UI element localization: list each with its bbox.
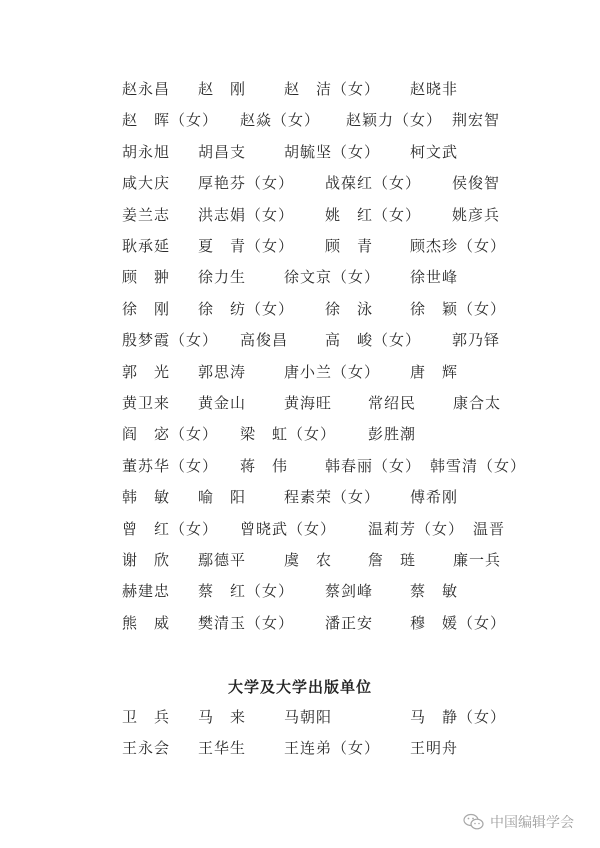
name-entry: 唐 辉 (410, 362, 458, 382)
name-entry: 徐 刚 (122, 299, 170, 319)
section-heading: 大学及大学出版单位 (0, 676, 600, 697)
name-entry: 阎 宓（女） (122, 424, 218, 444)
name-entry: 马朝阳 (284, 707, 332, 727)
name-entry: 鄢德平 (198, 550, 246, 570)
name-entry: 廉一兵 (453, 550, 501, 570)
name-entry: 胡毓坚（女） (284, 142, 380, 162)
name-entry: 詹 琏 (368, 550, 416, 570)
name-entry: 蔡 敏 (410, 581, 458, 601)
name-entry: 温晋 (473, 519, 505, 539)
name-entry: 赫建忠 (122, 581, 170, 601)
name-entry: 曾 红（女） (122, 519, 218, 539)
name-entry: 常绍民 (368, 393, 416, 413)
name-entry: 王永会 (122, 738, 170, 758)
name-entry: 殷梦霞（女） (122, 330, 218, 350)
name-entry: 徐力生 (198, 267, 246, 287)
name-entry: 郭 光 (122, 362, 170, 382)
name-entry: 温莉芳（女） (368, 519, 464, 539)
name-entry: 赵晓非 (410, 79, 458, 99)
name-entry: 胡永旭 (122, 142, 170, 162)
name-entry: 蔡 红（女） (198, 581, 294, 601)
name-entry: 唐小兰（女） (284, 362, 380, 382)
name-entry: 王明舟 (410, 738, 458, 758)
name-entry: 柯文武 (410, 142, 458, 162)
name-entry: 穆 媛（女） (410, 613, 506, 633)
name-entry: 王连弟（女） (284, 738, 380, 758)
name-entry: 傅希刚 (410, 487, 458, 507)
watermark: 中国编辑学会 (463, 812, 574, 832)
name-entry: 高俊昌 (240, 330, 288, 350)
name-entry: 厚艳芬（女） (198, 173, 294, 193)
name-entry: 马 静（女） (410, 707, 506, 727)
name-entry: 樊清玉（女） (198, 613, 294, 633)
name-entry: 郭乃铎 (452, 330, 500, 350)
name-entry: 曾晓武（女） (240, 519, 336, 539)
name-entry: 战葆红（女） (325, 173, 421, 193)
name-entry: 洪志娟（女） (198, 205, 294, 225)
name-entry: 蔡剑峰 (325, 581, 373, 601)
watermark-text: 中国编辑学会 (490, 812, 574, 832)
name-entry: 彭胜潮 (368, 424, 416, 444)
name-entry: 熊 威 (122, 613, 170, 633)
name-entry: 高 峻（女） (325, 330, 421, 350)
name-entry: 赵永昌 (122, 79, 170, 99)
name-entry: 耿承延 (122, 236, 170, 256)
name-entry: 赵 刚 (198, 79, 246, 99)
name-entry: 黄金山 (198, 393, 246, 413)
name-entry: 韩 敏 (122, 487, 170, 507)
name-entry: 徐 颖（女） (410, 299, 506, 319)
name-entry: 徐 纺（女） (198, 299, 294, 319)
name-entry: 顾杰珍（女） (410, 236, 506, 256)
name-entry: 王华生 (198, 738, 246, 758)
name-entry: 姚 红（女） (325, 205, 421, 225)
name-entry: 黄海旺 (284, 393, 332, 413)
name-entry: 赵 晖（女） (122, 110, 218, 130)
name-entry: 潘正安 (325, 613, 373, 633)
name-entry: 康合太 (453, 393, 501, 413)
name-entry: 韩春丽（女） (325, 456, 421, 476)
name-entry: 咸大庆 (122, 173, 170, 193)
name-entry: 黄卫来 (122, 393, 170, 413)
name-entry: 程素荣（女） (284, 487, 380, 507)
wechat-icon (463, 813, 485, 831)
name-entry: 卫 兵 (122, 707, 170, 727)
name-entry: 荆宏智 (452, 110, 500, 130)
name-entry: 徐世峰 (410, 267, 458, 287)
name-entry: 韩雪清（女） (430, 456, 526, 476)
name-entry: 姜兰志 (122, 205, 170, 225)
name-entry: 郭思涛 (198, 362, 246, 382)
name-entry: 侯俊智 (452, 173, 500, 193)
name-entry: 赵颖力（女） (346, 110, 442, 130)
name-entry: 姚彦兵 (452, 205, 500, 225)
name-entry: 徐文京（女） (284, 267, 380, 287)
name-entry: 喻 阳 (198, 487, 246, 507)
name-entry: 顾 青 (325, 236, 373, 256)
name-entry: 赵 洁（女） (284, 79, 380, 99)
name-entry: 夏 青（女） (198, 236, 294, 256)
name-entry: 徐 泳 (325, 299, 373, 319)
name-entry: 顾 翀 (122, 267, 170, 287)
name-entry: 胡昌支 (198, 142, 246, 162)
name-entry: 梁 虹（女） (240, 424, 336, 444)
name-entry: 马 来 (198, 707, 246, 727)
name-entry: 蒋 伟 (240, 456, 288, 476)
name-entry: 董苏华（女） (122, 456, 218, 476)
name-entry: 虞 农 (284, 550, 332, 570)
name-entry: 赵焱（女） (240, 110, 320, 130)
name-entry: 谢 欣 (122, 550, 170, 570)
